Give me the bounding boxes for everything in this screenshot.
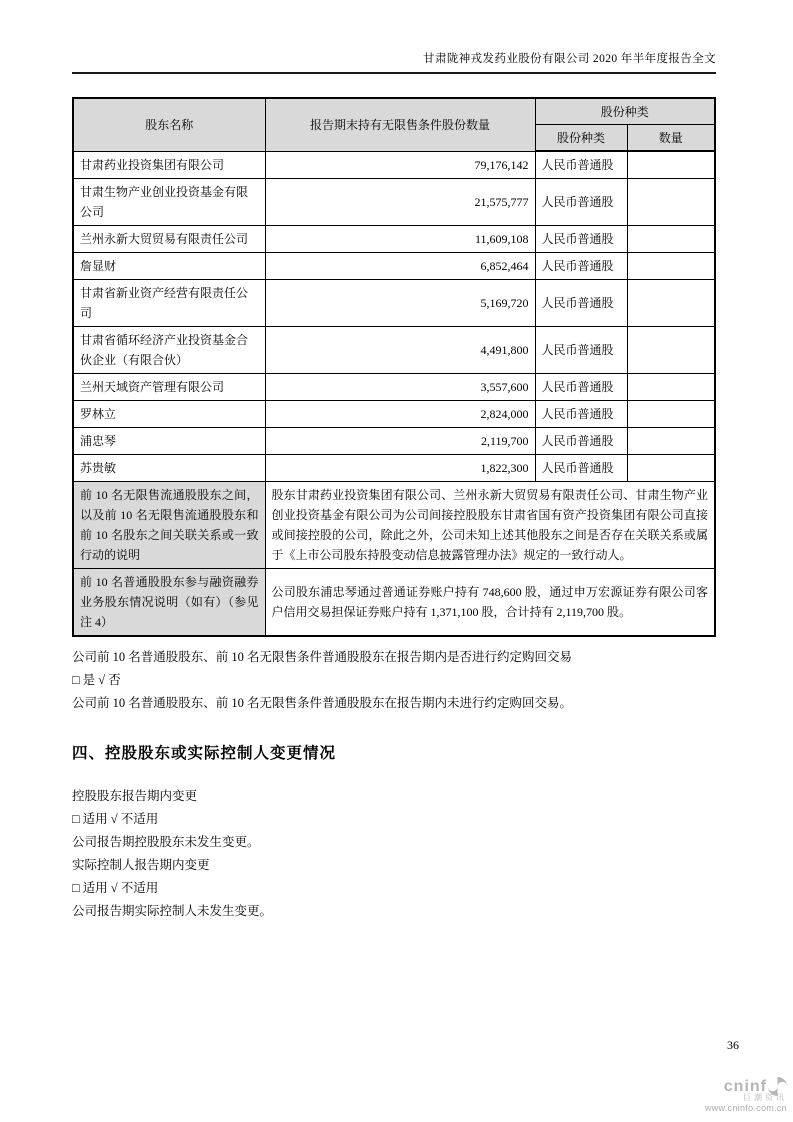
shareholder-name-cell: 甘肃省循环经济产业投资基金合伙企业（有限合伙） [73,327,265,374]
quantity-cell [627,327,715,374]
actual-controller-change-statement: 公司报告期实际控制人未发生变更。 [72,904,716,919]
share-type-cell: 人民币普通股 [535,151,627,179]
shareholder-name-cell: 甘肃省新业资产经营有限责任公司 [73,280,265,327]
share-type-cell: 人民币普通股 [535,280,627,327]
shares-count-cell: 21,575,777 [265,179,535,226]
table-header-row: 股东名称 报告期末持有无限售条件股份数量 股份种类 [73,98,715,125]
repurchase-question: 公司前 10 名普通股股东、前 10 名无限售条件普通股股东在报告期内是否进行约… [72,650,716,665]
table-row: 兰州永新大贸贸易有限责任公司 11,609,108 人民币普通股 [73,226,715,253]
table-row: 甘肃省循环经济产业投资基金合伙企业（有限合伙） 4,491,800 人民币普通股 [73,327,715,374]
section4-body: 控股股东报告期内变更 □ 适用 √ 不适用 公司报告期控股股东未发生变更。 实际… [72,789,716,919]
controlling-shareholder-change-label: 控股股东报告期内变更 [72,789,716,804]
quantity-cell [627,401,715,428]
page-number: 36 [727,1038,739,1053]
cninfo-logo-caption: 巨潮资讯 [705,1094,787,1103]
quantity-cell [627,428,715,455]
shares-count-cell: 79,176,142 [265,151,535,179]
table-row: 兰州天域资产管理有限公司 3,557,600 人民币普通股 [73,374,715,401]
shares-count-cell: 2,824,000 [265,401,535,428]
share-type-cell: 人民币普通股 [535,327,627,374]
table-row: 詹显财 6,852,464 人民币普通股 [73,253,715,280]
share-type-cell: 人民币普通股 [535,428,627,455]
shares-count-cell: 6,852,464 [265,253,535,280]
shareholder-name-cell: 詹显财 [73,253,265,280]
shares-count-cell: 2,119,700 [265,428,535,455]
col-header-share-type-group: 股份种类 [535,98,715,125]
col-header-shareholder-name: 股东名称 [73,98,265,151]
shareholder-name-cell: 浦忠琴 [73,428,265,455]
share-type-cell: 人民币普通股 [535,179,627,226]
shareholder-name-cell: 兰州永新大贸贸易有限责任公司 [73,226,265,253]
shareholders-table: 股东名称 报告期末持有无限售条件股份数量 股份种类 股份种类 数量 甘肃药业投资… [72,97,716,637]
col-header-share-type: 股份种类 [535,125,627,152]
note-label-cell: 前 10 名普通股股东参与融资融券业务股东情况说明（如有）（参见注 4） [73,569,265,637]
shares-count-cell: 3,557,600 [265,374,535,401]
table-row: 甘肃药业投资集团有限公司 79,176,142 人民币普通股 [73,151,715,179]
controlling-shareholder-change-options: □ 适用 √ 不适用 [72,812,716,827]
col-header-quantity: 数量 [627,125,715,152]
note-row: 前 10 名无限售流通股股东之间，以及前 10 名无限售流通股股东和前 10 名… [73,482,715,569]
table-row: 浦忠琴 2,119,700 人民币普通股 [73,428,715,455]
quantity-cell [627,226,715,253]
actual-controller-change-options: □ 适用 √ 不适用 [72,881,716,896]
table-row: 甘肃生物产业创业投资基金有限公司 21,575,777 人民币普通股 [73,179,715,226]
shares-count-cell: 5,169,720 [265,280,535,327]
note-content-cell: 公司股东浦忠琴通过普通证券账户持有 748,600 股，通过申万宏源证券有限公司… [265,569,715,637]
share-type-cell: 人民币普通股 [535,401,627,428]
actual-controller-change-label: 实际控制人报告期内变更 [72,858,716,873]
cninfo-logo: cninf 巨潮资讯 www.cninfo.com.cn [705,1077,787,1114]
share-type-cell: 人民币普通股 [535,226,627,253]
quantity-cell [627,280,715,327]
cninfo-logo-url: www.cninfo.com.cn [705,1104,787,1114]
table-row: 甘肃省新业资产经营有限责任公司 5,169,720 人民币普通股 [73,280,715,327]
shareholder-name-cell: 兰州天域资产管理有限公司 [73,374,265,401]
table-row: 罗林立 2,824,000 人民币普通股 [73,401,715,428]
quantity-cell [627,151,715,179]
repurchase-answer-options: □ 是 √ 否 [72,673,716,688]
note-content-cell: 股东甘肃药业投资集团有限公司、兰州永新大贸贸易有限责任公司、甘肃生物产业创业投资… [265,482,715,569]
shareholder-name-cell: 罗林立 [73,401,265,428]
quantity-cell [627,179,715,226]
quantity-cell [627,455,715,482]
note-label-cell: 前 10 名无限售流通股股东之间，以及前 10 名无限售流通股股东和前 10 名… [73,482,265,569]
shareholder-name-cell: 苏贵敏 [73,455,265,482]
table-row: 苏贵敏 1,822,300 人民币普通股 [73,455,715,482]
col-header-shares: 报告期末持有无限售条件股份数量 [265,98,535,151]
controlling-shareholder-change-statement: 公司报告期控股股东未发生变更。 [72,835,716,850]
share-type-cell: 人民币普通股 [535,455,627,482]
section-heading: 四、控股股东或实际控制人变更情况 [72,741,716,763]
share-type-cell: 人民币普通股 [535,374,627,401]
quantity-cell [627,253,715,280]
shareholder-name-cell: 甘肃生物产业创业投资基金有限公司 [73,179,265,226]
quantity-cell [627,374,715,401]
page-content: 股东名称 报告期末持有无限售条件股份数量 股份种类 股份种类 数量 甘肃药业投资… [72,97,716,919]
report-header: 甘肃陇神戎发药业股份有限公司 2020 年半年度报告全文 [72,50,716,74]
shares-count-cell: 11,609,108 [265,226,535,253]
share-type-cell: 人民币普通股 [535,253,627,280]
shares-count-cell: 1,822,300 [265,455,535,482]
repurchase-statement: 公司前 10 名普通股股东、前 10 名无限售条件普通股股东在报告期内未进行约定… [72,696,716,711]
note-row: 前 10 名普通股股东参与融资融券业务股东情况说明（如有）（参见注 4） 公司股… [73,569,715,637]
shares-count-cell: 4,491,800 [265,327,535,374]
shareholder-name-cell: 甘肃药业投资集团有限公司 [73,151,265,179]
